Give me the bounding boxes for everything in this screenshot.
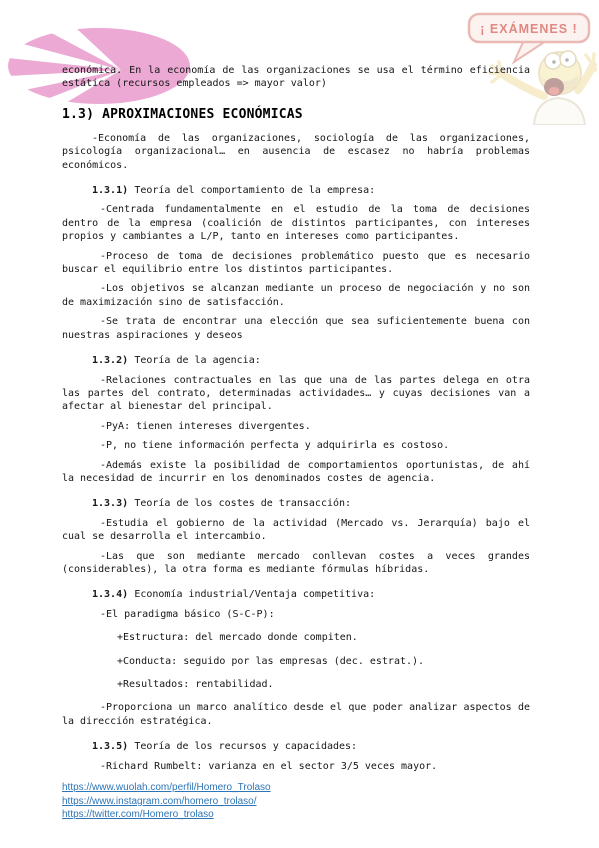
subsection-title: Teoría de la agencia: [134, 355, 260, 366]
subsection-heading-1-3-4: 1.3.4)Economía industrial/Ventaja compet… [62, 588, 530, 601]
subsection-heading-1-3-2: 1.3.2)Teoría de la agencia: [62, 354, 530, 367]
subsection-title: Teoría del comportamiento de la empresa: [134, 185, 375, 196]
paragraph: -Se trata de encontrar una elección que … [62, 315, 530, 342]
subsection-number: 1.3.1) [92, 185, 128, 196]
list-item: +Estructura: del mercado donde compiten. [62, 631, 530, 644]
paragraph: -Richard Rumbelt: varianza en el sector … [62, 760, 530, 773]
subsection-title: Teoría de los recursos y capacidades: [134, 741, 357, 752]
subsection-title: Economía industrial/Ventaja competitiva: [134, 589, 375, 600]
paragraph: -Centrada fundamentalmente en el estudio… [62, 203, 530, 243]
paragraph: -Además existe la posibilidad de comport… [62, 459, 530, 486]
paragraph: -Relaciones contractuales en las que una… [62, 374, 530, 414]
paragraph: -PyA: tienen intereses divergentes. [62, 420, 530, 433]
paragraph: -Estudia el gobierno de la actividad (Me… [62, 517, 530, 544]
list-item: +Resultados: rentabilidad. [62, 678, 530, 691]
subsection-number: 1.3.2) [92, 355, 128, 366]
paragraph: -P, no tiene información perfecta y adqu… [62, 439, 530, 452]
wuolah-profile-link[interactable]: https://www.wuolah.com/perfil/Homero_Tro… [62, 781, 530, 795]
paragraph: -Economía de las organizaciones, sociolo… [62, 132, 530, 172]
instagram-link[interactable]: https://www.instagram.com/homero_trolaso… [62, 795, 530, 809]
paragraph: -El paradigma básico (S-C-P): [62, 608, 530, 621]
exams-bubble-text: ¡ EXÁMENES ! [480, 21, 577, 36]
paragraph: -Las que son mediante mercado conllevan … [62, 550, 530, 577]
list-item: +Conducta: seguido por las empresas (dec… [62, 655, 530, 668]
subsection-heading-1-3-5: 1.3.5)Teoría de los recursos y capacidad… [62, 740, 530, 753]
footer-links: https://www.wuolah.com/perfil/Homero_Tro… [62, 781, 530, 822]
document-page: ¡ EXÁMENES ! económica. En la economía d… [0, 0, 599, 848]
paragraph: -Proceso de toma de decisiones problemát… [62, 250, 530, 277]
paragraph: -Los objetivos se alcanzan mediante un p… [62, 282, 530, 309]
twitter-link[interactable]: https://twitter.com/Homero_trolaso [62, 808, 530, 822]
subsection-title: Teoría de los costes de transacción: [134, 498, 351, 509]
subsection-number: 1.3.4) [92, 589, 128, 600]
subsection-heading-1-3-1: 1.3.1)Teoría del comportamiento de la em… [62, 184, 530, 197]
paragraph: -Proporciona un marco analítico desde el… [62, 701, 530, 728]
subsection-number: 1.3.3) [92, 498, 128, 509]
intro-paragraph: económica. En la economía de las organiz… [62, 64, 530, 91]
document-content: económica. En la economía de las organiz… [62, 64, 530, 822]
subsection-number: 1.3.5) [92, 741, 128, 752]
subsection-heading-1-3-3: 1.3.3)Teoría de los costes de transacció… [62, 497, 530, 510]
section-heading: 1.3) APROXIMACIONES ECONÓMICAS [62, 107, 530, 123]
